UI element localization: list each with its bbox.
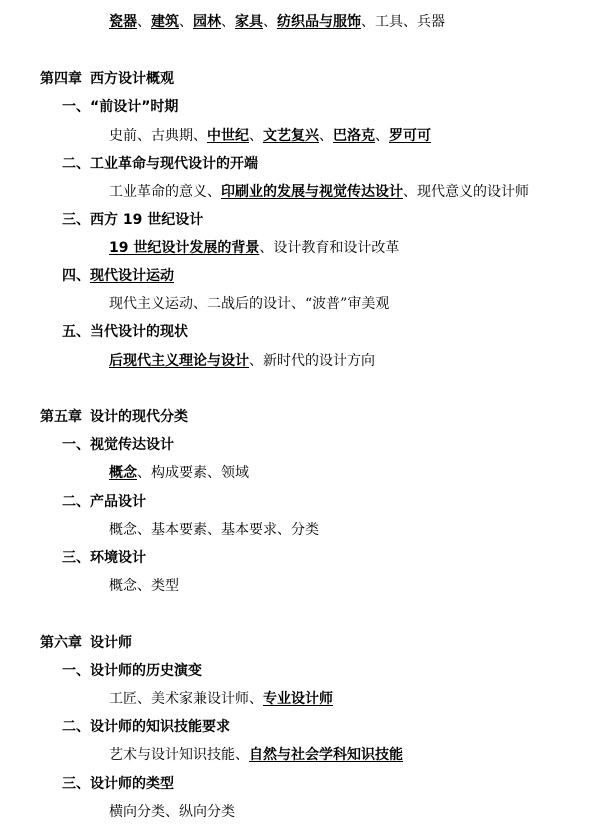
text-segment: 、 (375, 128, 389, 144)
key-term: 自然与社会学科知识技能 (249, 747, 403, 763)
chapter-number: 第六章 (40, 635, 82, 651)
section-heading: 五、当代设计的现状 (62, 322, 188, 342)
section-heading: 一、设计师的历史演变 (62, 661, 202, 681)
chapter-heading: 第五章设计的现代分类 (40, 407, 188, 427)
text-segment: 工业革命的意义、 (109, 184, 221, 200)
text-segment: 工匠、美术家兼设计师、 (109, 691, 263, 707)
key-term: 19 世纪设计发展的背景 (109, 240, 259, 256)
text-segment: 、新时代的设计方向 (249, 353, 375, 369)
section-heading: 四、现代设计运动 (62, 266, 174, 286)
topic-line: 横向分类、纵向分类 (109, 802, 235, 822)
chapter-heading: 第六章设计师 (40, 633, 132, 653)
key-term: 纺织品与服饰 (277, 14, 361, 30)
text-segment: 、 (221, 14, 235, 30)
key-term: 家具 (235, 14, 263, 30)
text-segment: 艺术与设计知识技能、 (109, 747, 249, 763)
section-heading: 二、工业革命与现代设计的开端 (62, 154, 258, 174)
topic-line: 史前、古典期、中世纪、文艺复兴、巴洛克、罗可可 (109, 126, 431, 146)
chapter-title: 西方设计概观 (90, 71, 174, 87)
text-segment: 横向分类、纵向分类 (109, 804, 235, 820)
text-segment: 、 (249, 128, 263, 144)
text-segment: 三、环境设计 (62, 550, 146, 566)
text-segment: 、 (179, 14, 193, 30)
topic-line: 工业革命的意义、印刷业的发展与视觉传达设计、现代意义的设计师 (109, 182, 529, 202)
key-term: 罗可可 (389, 128, 431, 144)
section-heading: 一、“前设计”时期 (62, 97, 178, 117)
text-segment: 、 (319, 128, 333, 144)
key-term: 印刷业的发展与视觉传达设计 (221, 184, 403, 200)
text-segment: 二、工业革命与现代设计的开端 (62, 156, 258, 172)
text-segment: 、工具、兵器 (361, 14, 445, 30)
chapter-number: 第五章 (40, 409, 82, 425)
topic-line: 瓷器、建筑、园林、家具、纺织品与服饰、工具、兵器 (109, 12, 445, 32)
topic-line: 艺术与设计知识技能、自然与社会学科知识技能 (109, 745, 403, 765)
text-segment: 一、设计师的历史演变 (62, 663, 202, 679)
section-heading: 一、视觉传达设计 (62, 435, 174, 455)
chapter-title: 设计师 (90, 635, 132, 651)
text-segment: 五、当代设计的现状 (62, 324, 188, 340)
text-segment: 一、“前设计”时期 (62, 99, 178, 115)
topic-line: 概念、基本要素、基本要求、分类 (109, 520, 319, 540)
text-segment: 、现代意义的设计师 (403, 184, 529, 200)
chapter-heading: 第四章西方设计概观 (40, 69, 174, 89)
topic-line: 工匠、美术家兼设计师、专业设计师 (109, 689, 333, 709)
section-heading: 三、西方 19 世纪设计 (62, 210, 203, 230)
topic-line: 后现代主义理论与设计、新时代的设计方向 (109, 351, 375, 371)
key-term: 文艺复兴 (263, 128, 319, 144)
text-segment: 、 (137, 14, 151, 30)
text-segment: 现代主义运动、二战后的设计、“波普”审美观 (109, 296, 389, 312)
key-term: 后现代主义理论与设计 (109, 353, 249, 369)
key-term: 专业设计师 (263, 691, 333, 707)
chapter-title: 设计的现代分类 (90, 409, 188, 425)
key-term: 现代设计运动 (90, 268, 174, 284)
text-segment: 概念、基本要素、基本要求、分类 (109, 522, 319, 538)
topic-line: 19 世纪设计发展的背景、设计教育和设计改革 (109, 238, 399, 258)
text-segment: 、设计教育和设计改革 (259, 240, 399, 256)
key-term: 巴洛克 (333, 128, 375, 144)
text-segment: 史前、古典期、 (109, 128, 207, 144)
section-heading: 三、设计师的类型 (62, 774, 174, 794)
text-segment: 四、 (62, 268, 90, 284)
topic-line: 现代主义运动、二战后的设计、“波普”审美观 (109, 294, 389, 314)
key-term: 中世纪 (207, 128, 249, 144)
text-segment: 二、设计师的知识技能要求 (62, 719, 230, 735)
text-segment: 三、设计师的类型 (62, 776, 174, 792)
key-term: 建筑 (151, 14, 179, 30)
chapter-number: 第四章 (40, 71, 82, 87)
text-segment: 一、视觉传达设计 (62, 437, 174, 453)
key-term: 瓷器 (109, 14, 137, 30)
section-heading: 二、设计师的知识技能要求 (62, 717, 230, 737)
key-term: 园林 (193, 14, 221, 30)
text-segment: 、构成要素、领域 (137, 465, 249, 481)
text-segment: 、 (263, 14, 277, 30)
section-heading: 三、环境设计 (62, 548, 146, 568)
text-segment: 三、西方 19 世纪设计 (62, 212, 203, 228)
key-term: 概念 (109, 465, 137, 481)
text-segment: 概念、类型 (109, 578, 179, 594)
topic-line: 概念、构成要素、领域 (109, 463, 249, 483)
section-heading: 二、产品设计 (62, 492, 146, 512)
topic-line: 概念、类型 (109, 576, 179, 596)
text-segment: 二、产品设计 (62, 494, 146, 510)
